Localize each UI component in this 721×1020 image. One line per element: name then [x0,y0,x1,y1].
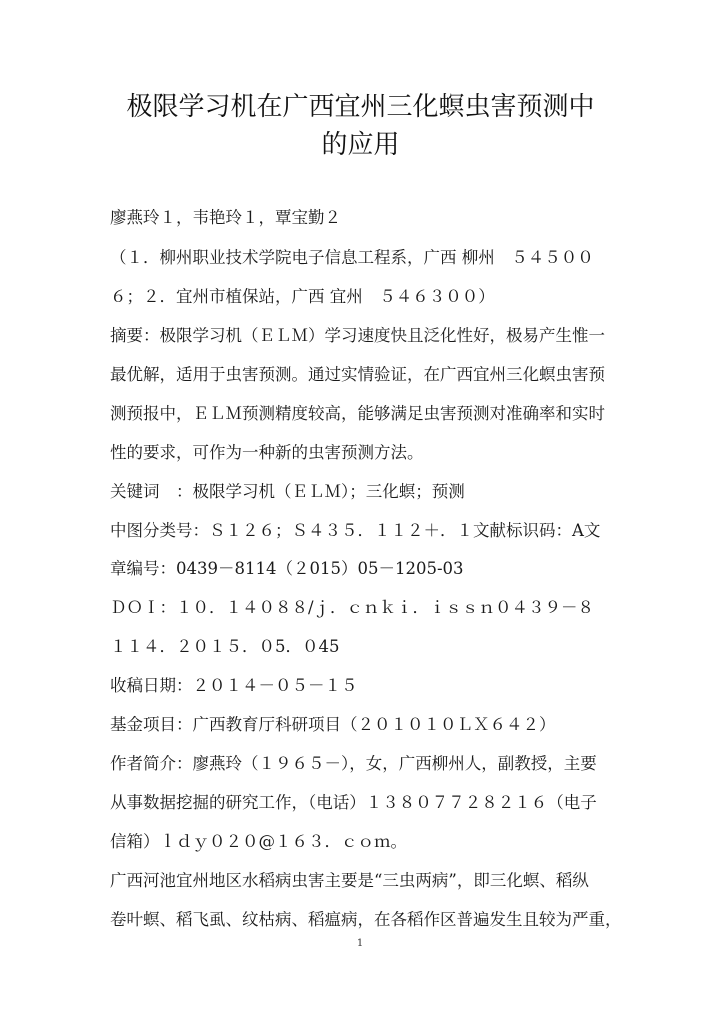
abstract-line-3: 测预报中，ＥＬＭ预测精度较高，能够满足虫害预测对准确率和实时 [110,404,620,424]
received-date: 收稿日期：２０１４－０５－１５ [110,676,620,696]
affiliation-line-1: （１．柳州职业技术学院电子信息工程系，广西 柳州 ５４５００ [110,248,620,268]
title-line-1: 极限学习机在广西宜州三化螟虫害预测中 [100,88,621,126]
abstract-line-1: 摘要：极限学习机（ＥＬＭ）学习速度快且泛化性好，极易产生惟一 [110,326,620,346]
doi-line-1: ＤＯＩ：１０．１４０８８/ｊ．ｃｎｋｉ．ｉｓｓｎ０４３９－８ [110,598,620,618]
doi-line-2: １１４．２０１５．０5．０45 [110,637,620,657]
fund-info: 基金项目：广西教育厅科研项目（２０１０１０ＬＸ６４２） [110,715,620,735]
keywords: 关键词 ：极限学习机（ＥＬＭ）；三化螟；预测 [110,482,620,502]
abstract-line-2: 最优解，适用于虫害预测。通过实情验证，在广西宜州三化螟虫害预 [110,365,620,385]
author-bio-line-2: 从事数据挖掘的研究工作，（电话）１３８０７７２８２１６（电子 [110,793,620,813]
classification-line-1: 中图分类号：Ｓ１２６；Ｓ４３５．１１２＋．１文献标识码：A文 [110,521,620,541]
body-line-1: 广西河池宜州地区水稻病虫害主要是“三虫两病”，即三化螟、稻纵 [110,871,620,891]
title-line-2: 的应用 [100,126,621,164]
authors: 廖燕玲１，韦艳玲１，覃宝勤２ [110,208,620,228]
author-bio-line-3: 信箱）ｌｄｙ０２０@１６３．ｃｏｍ。 [110,832,620,852]
classification-line-2: 章编号：0439－8114（２015）05－1205-03 [110,559,620,579]
body-line-2: 卷叶螟、稻飞虱、纹枯病、稻瘟病，在各稻作区普遍发生且较为严重， [110,910,620,930]
abstract-line-4: 性的要求，可作为一种新的虫害预测方法。 [110,443,620,463]
document-title: 极限学习机在广西宜州三化螟虫害预测中 的应用 [100,88,621,164]
affiliation-line-2: ６；２．宜州市植保站，广西 宜州 ５４６３００） [110,287,620,307]
author-bio-line-1: 作者简介：廖燕玲（１９６５－），女，广西柳州人，副教授，主要 [110,754,620,774]
page-number: 1 [350,938,370,949]
